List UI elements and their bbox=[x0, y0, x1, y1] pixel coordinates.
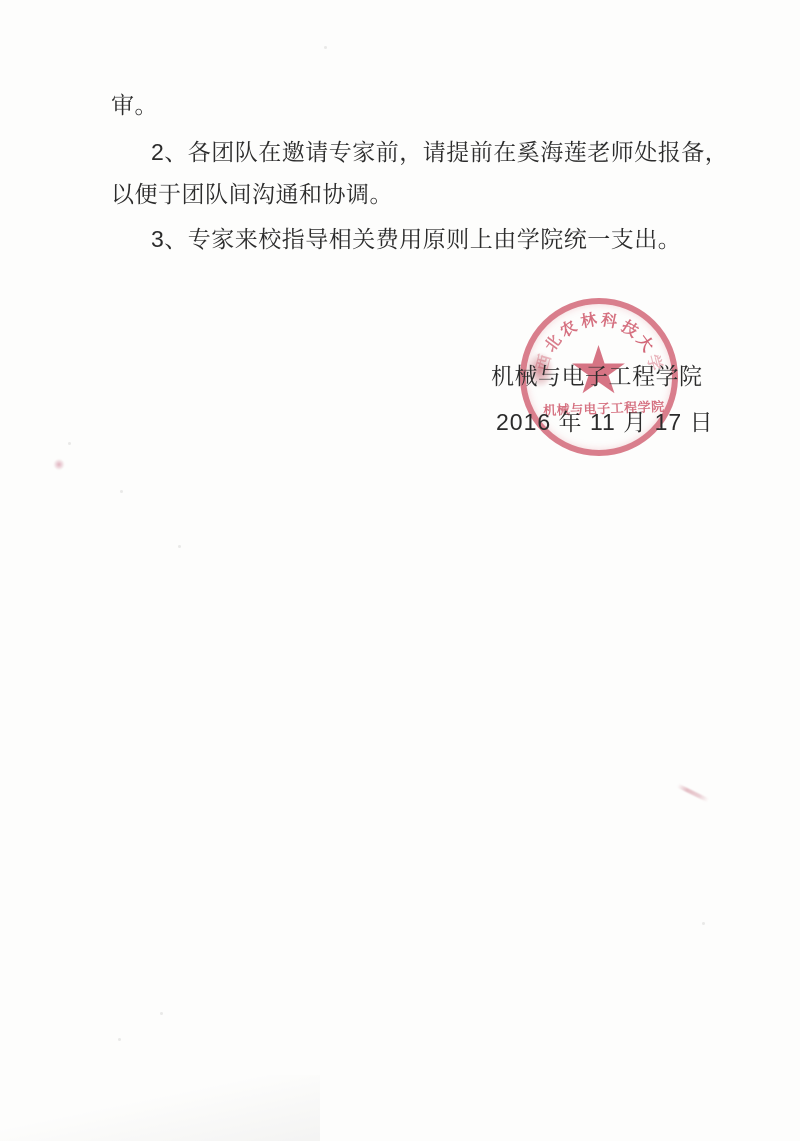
scan-artifact-speck bbox=[160, 1012, 163, 1015]
scan-artifact-speck bbox=[120, 490, 123, 493]
body-line-4: 3、专家来校指导相关费用原则上由学院统一支出。 bbox=[151, 226, 681, 254]
scan-artifact-speck bbox=[324, 46, 327, 49]
scan-artifact-pink-dot bbox=[53, 459, 65, 470]
scan-artifact-speck bbox=[178, 545, 181, 548]
seal-arc-char: 林 bbox=[579, 313, 598, 332]
signature-date: 2016 年 11 月 17 日 bbox=[496, 404, 714, 437]
scan-artifact-speck bbox=[118, 1038, 121, 1041]
document-page: 审。 2、各团队在邀请专家前，请提前在奚海莲老师处报备， 以便于团队间沟通和协调… bbox=[0, 0, 800, 1141]
body-line-2: 2、各团队在邀请专家前，请提前在奚海莲老师处报备， bbox=[151, 139, 728, 167]
signature-org: 机械与电子工程学院 bbox=[491, 358, 703, 391]
body-line-1: 审。 bbox=[111, 92, 158, 120]
scan-artifact-speck bbox=[702, 922, 705, 925]
scan-artifact-corner-shade bbox=[0, 1075, 320, 1141]
scan-artifact-speck bbox=[68, 442, 71, 445]
scan-artifact-pink-streak bbox=[677, 784, 709, 802]
body-line-3: 以便于团队间沟通和协调。 bbox=[111, 181, 393, 209]
